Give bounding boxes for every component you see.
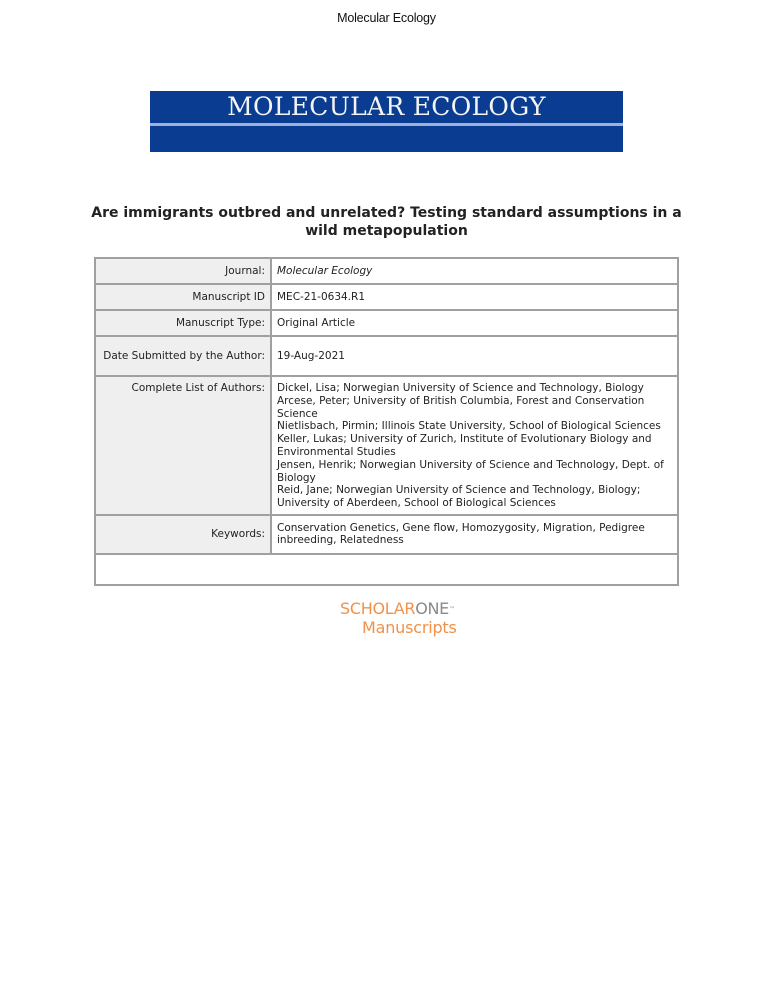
- author-entry: Jensen, Henrik; Norwegian University of …: [277, 459, 672, 485]
- journal-banner: MOLECULAR ECOLOGY: [150, 91, 623, 152]
- scholarone-logo: SCHOLARONE™ Manuscripts: [340, 600, 480, 638]
- author-entry: Dickel, Lisa; Norwegian University of Sc…: [277, 382, 672, 395]
- manuscript-id-label: Manuscript ID: [95, 284, 271, 310]
- trademark-icon: ™: [449, 606, 455, 613]
- table-row-manuscript-id: Manuscript ID MEC-21-0634.R1: [95, 284, 678, 310]
- table-row-keywords: Keywords: Conservation Genetics, Gene fl…: [95, 515, 678, 554]
- journal-label: Journal:: [95, 258, 271, 284]
- manuscript-type-value: Original Article: [271, 310, 678, 336]
- table-row-empty: [95, 554, 678, 585]
- manuscript-id-value: MEC-21-0634.R1: [271, 284, 678, 310]
- logo-manuscripts-text: Manuscripts: [362, 618, 480, 638]
- authors-value: Dickel, Lisa; Norwegian University of Sc…: [271, 376, 678, 515]
- table-row-journal: Journal: Molecular Ecology: [95, 258, 678, 284]
- logo-one-text: ONE: [415, 599, 449, 618]
- table-row-date-submitted: Date Submitted by the Author: 19-Aug-202…: [95, 336, 678, 376]
- manuscript-type-label: Manuscript Type:: [95, 310, 271, 336]
- author-entry: Keller, Lukas; University of Zurich, Ins…: [277, 433, 672, 459]
- authors-label: Complete List of Authors:: [95, 376, 271, 515]
- paper-title: Are immigrants outbred and unrelated? Te…: [90, 204, 683, 240]
- keywords-value: Conservation Genetics, Gene flow, Homozy…: [271, 515, 678, 554]
- table-row-authors: Complete List of Authors: Dickel, Lisa; …: [95, 376, 678, 515]
- keywords-label: Keywords:: [95, 515, 271, 554]
- empty-cell: [95, 554, 678, 585]
- running-header: Molecular Ecology: [0, 11, 773, 25]
- author-entry: Reid, Jane; Norwegian University of Scie…: [277, 484, 672, 510]
- date-submitted-label: Date Submitted by the Author:: [95, 336, 271, 376]
- author-entry: Arcese, Peter; University of British Col…: [277, 395, 672, 421]
- manuscript-metadata-table: Journal: Molecular Ecology Manuscript ID…: [94, 257, 679, 586]
- journal-value: Molecular Ecology: [271, 258, 678, 284]
- logo-scholar-text: SCHOLAR: [340, 599, 415, 618]
- date-submitted-value: 19-Aug-2021: [271, 336, 678, 376]
- banner-title: MOLECULAR ECOLOGY: [150, 92, 623, 122]
- banner-stripe: [150, 123, 623, 126]
- table-row-manuscript-type: Manuscript Type: Original Article: [95, 310, 678, 336]
- logo-wordmark: SCHOLARONE™: [340, 600, 480, 618]
- author-entry: Nietlisbach, Pirmin; Illinois State Univ…: [277, 420, 672, 433]
